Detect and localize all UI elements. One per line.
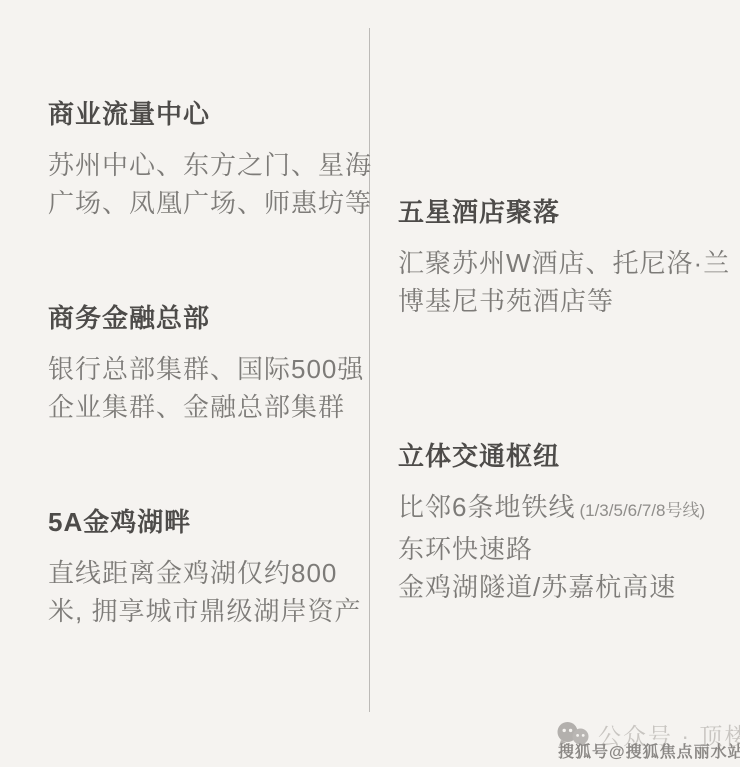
section-body-line: 东环快速路 [398,530,728,568]
section-heading: 5A金鸡湖畔 [48,502,378,539]
section-body-line: 米, 拥享城市鼎级湖岸资产 [48,592,378,630]
section-transport-hub: 立体交通枢纽 比邻6条地铁线(1/3/5/6/7/8号线) 东环快速路 金鸡湖隧… [398,436,728,606]
section-heading: 立体交通枢纽 [398,436,728,473]
section-body-line: 银行总部集群、国际500强 [48,350,378,388]
section-heading: 商业流量中心 [48,94,378,131]
section-body-line: 博基尼书苑酒店等 [398,282,728,320]
metro-line-text: 比邻6条地铁线(1/3/5/6/7/8号线) [398,488,728,530]
metro-main-text: 比邻6条地铁线 [398,492,575,522]
section-heading: 商务金融总部 [48,298,378,335]
sohu-watermark-text: 搜狐号@搜狐焦点丽水站 [558,739,740,762]
section-business-finance: 商务金融总部 银行总部集群、国际500强 企业集群、金融总部集群 [48,298,378,426]
section-body-line: 广场、凤凰广场、师惠坊等 [48,184,378,222]
page-container: 商业流量中心 苏州中心、东方之门、星海 广场、凤凰广场、师惠坊等 商务金融总部 … [0,0,740,767]
section-body-line: 直线距离金鸡湖仅约800 [48,554,378,592]
metro-lines-note: (1/3/5/6/7/8号线) [579,501,705,520]
section-body-line: 汇聚苏州W酒店、托尼洛·兰 [398,244,728,282]
section-body-line: 金鸡湖隧道/苏嘉杭高速 [398,568,728,606]
section-commercial-traffic: 商业流量中心 苏州中心、东方之门、星海 广场、凤凰广场、师惠坊等 [48,94,378,222]
section-body-line: 苏州中心、东方之门、星海 [48,146,378,184]
section-heading: 五星酒店聚落 [398,192,728,229]
section-body-line: 企业集群、金融总部集群 [48,388,378,426]
footer-watermark-area: 公众号 · 顶楼 搜狐号@搜狐焦点丽水站 [540,712,740,767]
section-hotels: 五星酒店聚落 汇聚苏州W酒店、托尼洛·兰 博基尼书苑酒店等 [398,192,728,320]
section-jinji-lake: 5A金鸡湖畔 直线距离金鸡湖仅约800 米, 拥享城市鼎级湖岸资产 [48,502,378,630]
